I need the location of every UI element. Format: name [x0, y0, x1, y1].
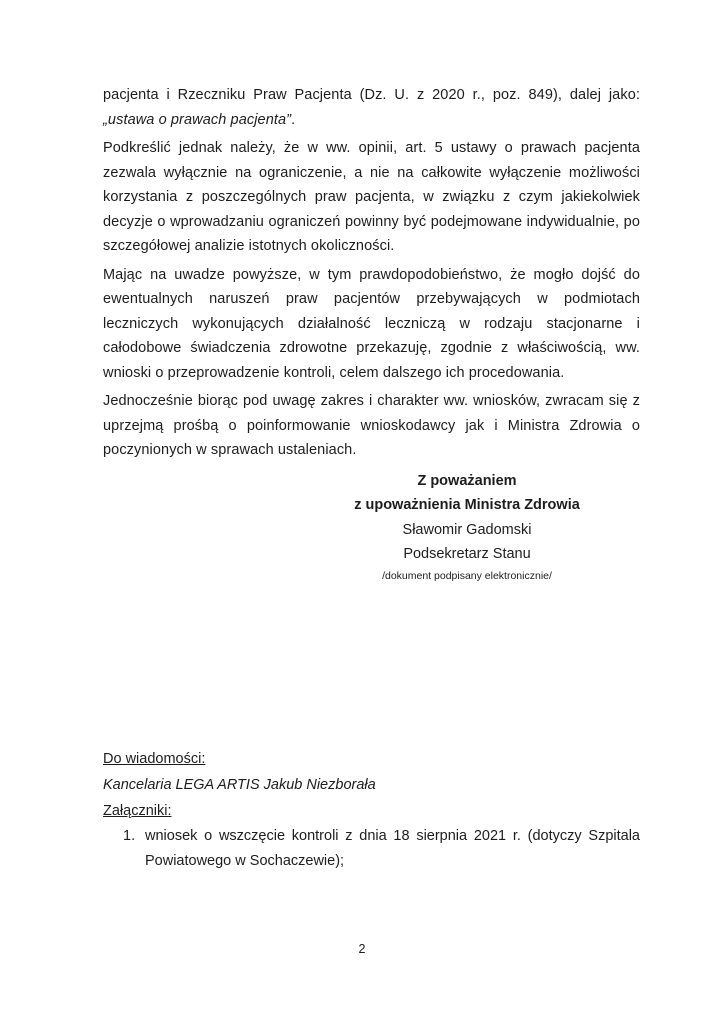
cc-recipient: Kancelaria LEGA ARTIS Jakub Niezborała — [103, 772, 640, 798]
attachment-text: wniosek o wszczęcie kontroli z dnia 18 s… — [145, 828, 640, 870]
paragraph-text: . — [291, 112, 295, 128]
page-number: 2 — [0, 942, 724, 956]
document-page: pacjenta i Rzeczniku Praw Pacjenta (Dz. … — [0, 0, 724, 1024]
attachments-heading: Załączniki: — [103, 798, 640, 824]
attachment-list-item: 1.wniosek o wszczęcie kontroli z dnia 18… — [103, 824, 640, 875]
paragraph-text: pacjenta i Rzeczniku Praw Pacjenta (Dz. … — [103, 87, 640, 103]
letter-body: pacjenta i Rzeczniku Praw Pacjenta (Dz. … — [103, 83, 640, 875]
paragraph-control-requests: Mając na uwadze powyższe, w tym prawdopo… — [103, 263, 640, 386]
signature-title: Podsekretarz Stanu — [309, 542, 625, 567]
signature-closing: Z poważaniem — [309, 469, 625, 494]
act-short-title: „ustawa o prawach pacjenta” — [103, 112, 291, 128]
cc-and-attachments-section: Do wiadomości: Kancelaria LEGA ARTIS Jak… — [103, 746, 640, 875]
paragraph-notification-request: Jednocześnie biorąc pod uwagę zakres i c… — [103, 389, 640, 463]
cc-heading: Do wiadomości: — [103, 746, 640, 772]
paragraph-restriction-opinion: Podkreślić jednak należy, że w ww. opini… — [103, 136, 640, 259]
electronic-signature-note: /dokument podpisany elektronicznie/ — [309, 569, 625, 584]
signature-authority: z upoważnienia Ministra Zdrowia — [309, 493, 625, 518]
signature-name: Sławomir Gadomski — [309, 518, 625, 543]
signature-block: Z poważaniem z upoważnienia Ministra Zdr… — [309, 469, 625, 584]
paragraph-legal-reference: pacjenta i Rzeczniku Praw Pacjenta (Dz. … — [103, 83, 640, 132]
attachment-number: 1. — [123, 824, 135, 850]
